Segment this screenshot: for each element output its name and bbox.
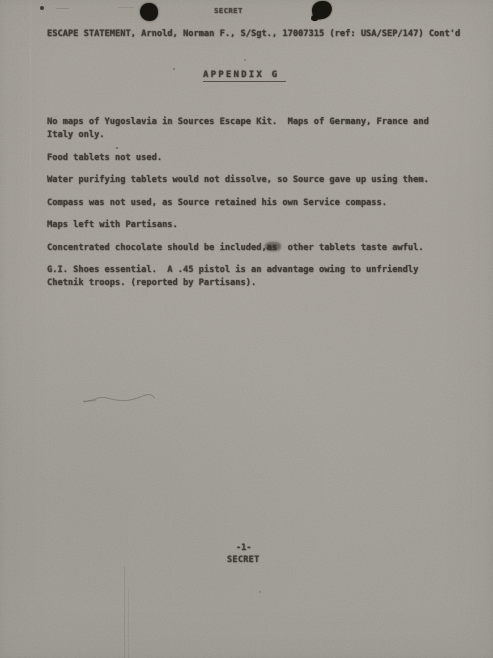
text-line: Chetnik troops. (reported by Partisans). — [47, 277, 471, 290]
text-line: Water purifying tablets would not dissol… — [47, 174, 471, 187]
pencil-squiggle — [80, 390, 158, 408]
text-line: Italy only. — [47, 129, 471, 142]
text-line: No maps of Yugoslavia in Sources Escape … — [47, 116, 471, 129]
paragraph-maps-partisans: Maps left with Partisans. — [47, 219, 471, 232]
text-line: Concentrated chocolate should be include… — [47, 242, 471, 255]
scanned-document-page: SECRET ESCAPE STATEMENT, Arnold, Norman … — [0, 0, 493, 658]
paper-crease — [124, 566, 125, 658]
ink-speck — [259, 591, 261, 593]
text-line: Food tablets not used. — [47, 152, 471, 165]
document-body: No maps of Yugoslavia in Sources Escape … — [47, 116, 471, 300]
pencil-mark — [118, 7, 134, 8]
overtype-ink-smudge — [265, 242, 281, 251]
ink-speck — [244, 59, 246, 61]
paragraph-maps: No maps of Yugoslavia in Sources Escape … — [47, 116, 471, 142]
classification-marking-bottom: SECRET — [227, 555, 260, 565]
paper-crease — [128, 588, 129, 658]
punch-hole-right — [311, 0, 333, 20]
paragraph-food-tablets: Food tablets not used. — [47, 152, 471, 165]
paragraph-chocolate: Concentrated chocolate should be include… — [47, 242, 471, 255]
punch-hole-left — [140, 3, 158, 21]
text-line: G.I. Shoes essential. A .45 pistol is an… — [47, 264, 471, 277]
page-number: -1- — [236, 543, 251, 553]
paper-crease — [30, 0, 31, 230]
ink-speck — [40, 6, 44, 10]
paragraph-water-tablets: Water purifying tablets would not dissol… — [47, 174, 471, 187]
ink-speck — [173, 68, 175, 70]
pencil-mark — [56, 8, 69, 9]
paragraph-compass: Compass was not used, as Source retained… — [47, 197, 471, 210]
appendix-heading: APPENDIX G — [203, 70, 286, 82]
document-header-line: ESCAPE STATEMENT, Arnold, Norman F., S/S… — [47, 29, 460, 39]
paragraph-shoes-pistol: G.I. Shoes essential. A .45 pistol is an… — [47, 264, 471, 290]
text-line: Compass was not used, as Source retained… — [47, 197, 471, 210]
text-line: Maps left with Partisans. — [47, 219, 471, 232]
classification-marking-top: SECRET — [214, 6, 243, 15]
